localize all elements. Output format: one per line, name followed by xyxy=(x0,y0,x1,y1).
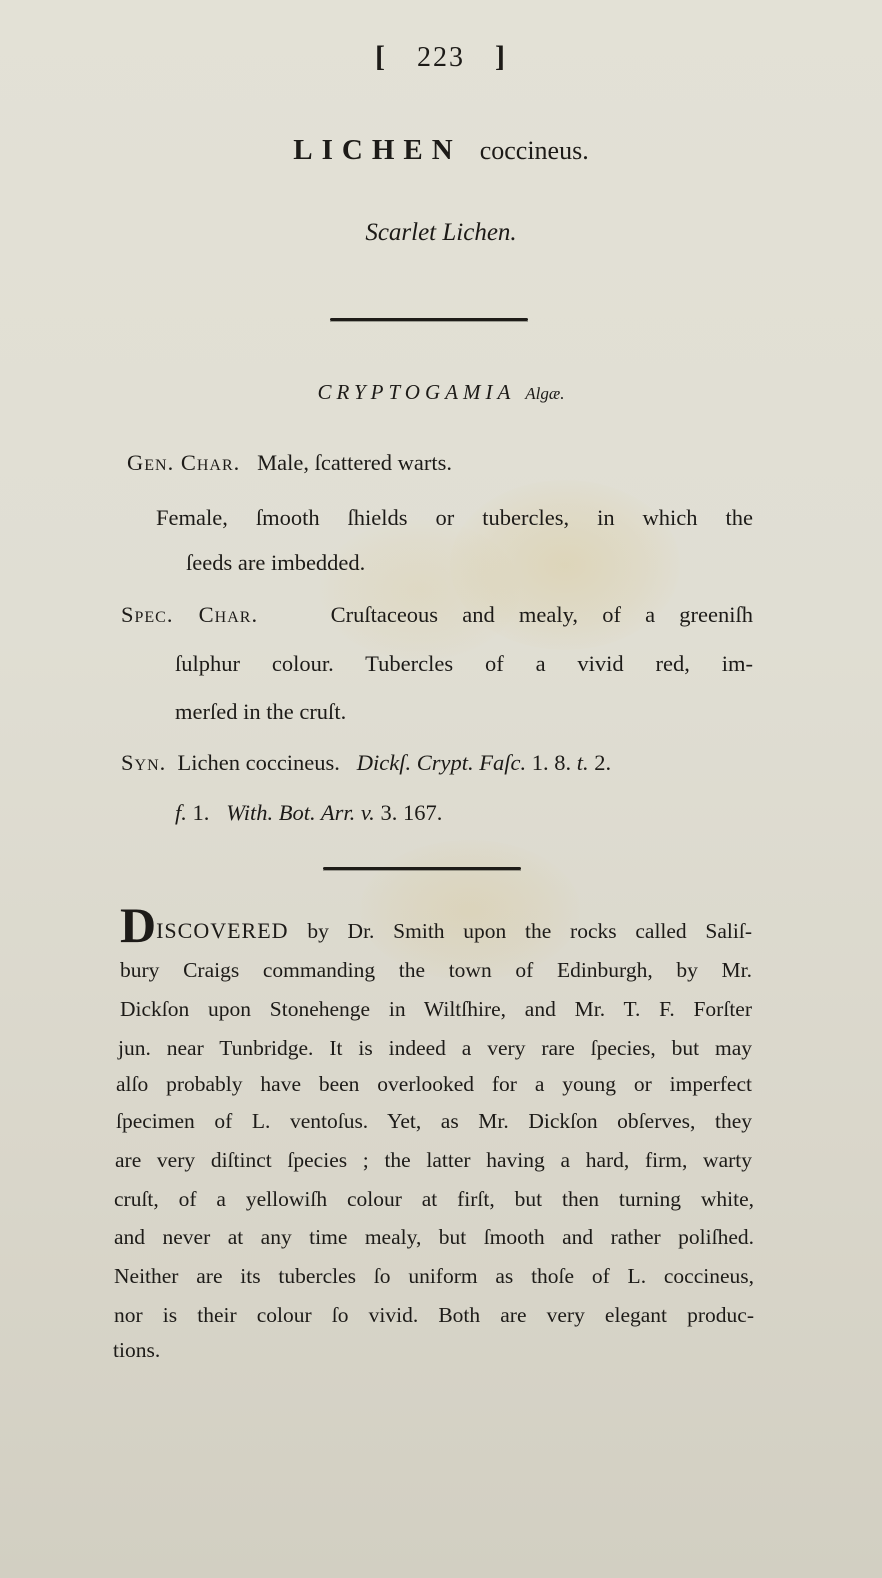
description-line: DISCOVERED by Dr. Smith upon the rocks c… xyxy=(120,900,752,950)
paper-stain xyxy=(320,520,520,660)
description-text: Neither are its tubercles ſo uniform as … xyxy=(114,1264,754,1289)
gen-char-text: Female, ſmooth ſhields or tubercles, in … xyxy=(156,505,753,531)
divider-rule-middle xyxy=(323,867,521,870)
spec-char-line-1: Spec. Char. Cruſtaceous and mealy, of a … xyxy=(121,602,753,628)
description-line: alſo probably have been overlooked for a… xyxy=(116,1072,752,1097)
page-number: [223] xyxy=(0,40,882,74)
spec-char-line-2: ſulphur colour. Tubercles of a vivid red… xyxy=(175,651,753,677)
synonym-name: Lichen coccineus. xyxy=(178,750,340,775)
description-text: by Dr. Smith upon the rocks called Saliſ… xyxy=(307,919,752,943)
synonym-reference-2: With. Bot. Arr. v. xyxy=(226,800,375,825)
description-line: jun. near Tunbridge. It is indeed a very… xyxy=(118,1036,752,1061)
species-title: LICHENcoccineus. xyxy=(0,134,882,167)
description-line: bury Craigs commanding the town of Edinb… xyxy=(120,958,752,983)
description-text: Dickſon upon Stonehenge in Wiltſhire, an… xyxy=(120,997,752,1022)
species-name: coccineus. xyxy=(480,136,589,165)
spec-char-text: Cruſtaceous and mealy, of a greeniſh xyxy=(331,602,753,627)
description-line: ſpecimen of L. ventoſus. Yet, as Mr. Dic… xyxy=(116,1109,752,1134)
description-line: tions. xyxy=(113,1338,160,1363)
gen-char-text: Male, ſcattered warts. xyxy=(257,450,452,475)
description-text: tions. xyxy=(113,1338,160,1362)
description-line: nor is their colour ſo vivid. Both are v… xyxy=(114,1303,754,1328)
classification: CRYPTOGAMIAAlgæ. xyxy=(0,380,882,405)
page-number-value: 223 xyxy=(417,42,465,73)
drop-cap: D xyxy=(120,897,156,953)
spec-char-text: ſulphur colour. Tubercles of a vivid red… xyxy=(175,651,753,677)
description-text: cruſt, of a yellowiſh colour at firſt, b… xyxy=(114,1187,754,1212)
description-text: and never at any time mealy, but ſmooth … xyxy=(114,1225,754,1250)
description-text: bury Craigs commanding the town of Edinb… xyxy=(120,958,752,983)
description-text: ſpecimen of L. ventoſus. Yet, as Mr. Dic… xyxy=(116,1109,752,1134)
gen-char-line-1: Gen. Char. Male, ſcattered warts. xyxy=(127,450,452,476)
common-name: Scarlet Lichen. xyxy=(0,219,882,247)
synonym-table-num: 2. xyxy=(594,750,611,775)
description-line: Neither are its tubercles ſo uniform as … xyxy=(114,1264,754,1289)
bracket-open: [ xyxy=(375,40,387,73)
gen-char-text: ſeeds are imbedded. xyxy=(186,550,365,575)
spec-char-line-3: merſed in the cruſt. xyxy=(175,699,346,725)
divider-rule-top xyxy=(330,318,528,321)
gen-char-line-2: Female, ſmooth ſhields or tubercles, in … xyxy=(156,505,753,531)
synonym-label: Syn. xyxy=(121,750,166,775)
synonym-table-abbrev: t. xyxy=(577,750,589,775)
synonym-page-ref: 3. 167. xyxy=(380,800,442,825)
synonym-line-2: f. 1. With. Bot. Arr. v. 3. 167. xyxy=(175,800,442,826)
gen-char-label: Gen. Char. xyxy=(127,450,240,475)
bracket-close: ] xyxy=(495,40,507,73)
description-line: and never at any time mealy, but ſmooth … xyxy=(114,1225,754,1250)
spec-char-label: Spec. Char. xyxy=(121,602,258,627)
synonym-line-1: Syn. Lichen coccineus. Dickſ. Crypt. Faſ… xyxy=(121,750,611,776)
genus-name: LICHEN xyxy=(293,134,461,166)
book-page: [223] LICHENcoccineus. Scarlet Lichen. C… xyxy=(0,0,882,1578)
synonym-volume: 1. 8. xyxy=(532,750,571,775)
description-text: nor is their colour ſo vivid. Both are v… xyxy=(114,1303,754,1328)
spec-char-text: merſed in the cruſt. xyxy=(175,699,346,724)
description-text: alſo probably have been overlooked for a… xyxy=(116,1072,752,1097)
description-line: are very diſtinct ſpecies ; the latter h… xyxy=(115,1148,752,1173)
class-name: CRYPTOGAMIA xyxy=(318,380,516,404)
lead-caps: ISCOVERED xyxy=(156,918,288,943)
description-line: Dickſon upon Stonehenge in Wiltſhire, an… xyxy=(120,997,752,1022)
description-text: jun. near Tunbridge. It is indeed a very… xyxy=(118,1036,752,1061)
description-line: cruſt, of a yellowiſh colour at firſt, b… xyxy=(114,1187,754,1212)
description-text: are very diſtinct ſpecies ; the latter h… xyxy=(115,1148,752,1173)
order-name: Algæ. xyxy=(525,384,564,403)
gen-char-line-3: ſeeds are imbedded. xyxy=(186,550,365,576)
synonym-figure-abbrev: f. xyxy=(175,800,187,825)
synonym-figure-num: 1. xyxy=(193,800,210,825)
synonym-reference: Dickſ. Crypt. Faſc. xyxy=(357,750,526,775)
